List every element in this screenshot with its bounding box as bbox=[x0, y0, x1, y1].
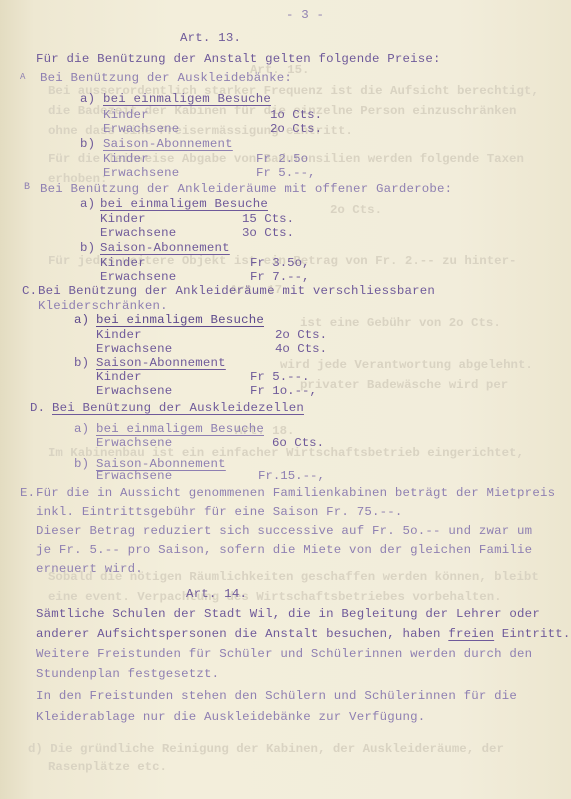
section-b-label: B bbox=[24, 182, 30, 193]
price-row-who: Kinder bbox=[100, 212, 146, 226]
family-cabins-line: je Fr. 5.-- pro Saison, sofern die Miete… bbox=[36, 543, 532, 557]
section-b-sub-a-title: bei einmaligem Besuche bbox=[100, 197, 268, 211]
price-row-price: 2o Cts. bbox=[275, 328, 327, 342]
price-row-price: Fr.15.--, bbox=[258, 469, 325, 483]
article-13-intro: Für die Benützung der Anstalt gelten fol… bbox=[36, 52, 441, 66]
section-c-sub-b-label: b) bbox=[74, 356, 89, 370]
price-row-who: Kinder bbox=[96, 370, 142, 384]
section-d-sub-b-label: b) bbox=[74, 457, 89, 471]
section-c-title-cont: Kleiderschränken. bbox=[38, 299, 168, 313]
section-c-title: Bei Benützung der Ankleideräume mit vers… bbox=[38, 284, 435, 298]
price-row-price: Fr 5.--. bbox=[250, 370, 310, 384]
section-c-sub-a-label: a) bbox=[74, 313, 89, 327]
article-14-line: Kleiderablage nur die Auskleidebänke zur… bbox=[36, 710, 425, 724]
section-d-label: D. bbox=[30, 401, 45, 415]
article-14-line: Weitere Freistunden für Schüler und Schü… bbox=[36, 647, 532, 661]
price-row-who: Erwachsene bbox=[96, 469, 172, 483]
price-row-price: 1o Cts. bbox=[270, 108, 322, 122]
price-row-price: Fr 5.--, bbox=[256, 166, 316, 180]
price-row-price: Fr 7.--, bbox=[250, 270, 310, 284]
article-14-line: In den Freistunden stehen den Schülern u… bbox=[36, 689, 517, 703]
price-row-price: Fr 3.5o, bbox=[250, 256, 310, 270]
price-row-price: 4o Cts. bbox=[275, 342, 327, 356]
article-14-line: anderer Aufsichtspersonen die Anstalt be… bbox=[36, 627, 571, 641]
family-cabins-label: E. bbox=[20, 486, 35, 500]
section-a-sub-b-label: b) bbox=[80, 137, 95, 151]
price-row-who: Erwachsene bbox=[103, 166, 179, 180]
free-entry-underlined: freien bbox=[448, 627, 494, 641]
price-row-price: Fr 1o.--, bbox=[250, 384, 317, 398]
family-cabins-line: Für die in Aussicht genommenen Familienk… bbox=[36, 486, 555, 500]
section-b-sub-a-label: a) bbox=[80, 197, 95, 211]
document-page: Art. 15. Bei ausserordentlich starker Fr… bbox=[0, 0, 571, 799]
price-row-who: Erwachsene bbox=[103, 122, 179, 136]
section-b-sub-b-title: Saison-Abonnement bbox=[100, 241, 230, 255]
price-row-who: Erwachsene bbox=[100, 270, 176, 284]
section-a-sub-a-label: a) bbox=[80, 92, 95, 106]
section-c-sub-b-title: Saison-Abonnement bbox=[96, 356, 226, 370]
section-d-sub-a-title: bei einmaligem Besuche bbox=[96, 422, 264, 436]
section-a-sub-b-title: Saison-Abonnement bbox=[103, 137, 233, 151]
price-row-who: Kinder bbox=[103, 108, 149, 122]
price-row-price: 2o Cts. bbox=[270, 122, 322, 136]
article-14-line: Stundenplan festgesetzt. bbox=[36, 667, 219, 681]
price-row-who: Erwachsene bbox=[100, 226, 176, 240]
price-row-price: 6o Cts. bbox=[272, 436, 324, 450]
price-row-price: Fr 2.5o bbox=[256, 152, 308, 166]
price-row-who: Kinder bbox=[100, 256, 146, 270]
price-row-who: Kinder bbox=[96, 328, 142, 342]
section-a-title: Bei Benützung der Auskleidebänke: bbox=[40, 71, 292, 85]
family-cabins-line: erneuert wird. bbox=[36, 562, 143, 576]
price-row-who: Erwachsene bbox=[96, 342, 172, 356]
article-13-heading: Art. 13. bbox=[180, 31, 241, 45]
section-a-label: A bbox=[20, 72, 26, 82]
price-row-who: Kinder bbox=[103, 152, 149, 166]
article-14-heading: Art. 14. bbox=[186, 587, 247, 601]
price-row-who: Erwachsene bbox=[96, 436, 172, 450]
section-b-sub-b-label: b) bbox=[80, 241, 95, 255]
family-cabins-line: inkl. Eintrittsgebühr für eine Saison Fr… bbox=[36, 505, 403, 519]
price-row-price: 15 Cts. bbox=[242, 212, 294, 226]
section-d-sub-a-label: a) bbox=[74, 422, 89, 436]
price-row-price: 3o Cts. bbox=[242, 226, 294, 240]
section-d-title: Bei Benützung der Auskleidezellen bbox=[52, 401, 304, 415]
section-a-sub-a-title: bei einmaligem Besuche bbox=[103, 92, 271, 106]
family-cabins-line: Dieser Betrag reduziert sich successive … bbox=[36, 524, 532, 538]
section-b-title: Bei Benützung der Ankleideräume mit offe… bbox=[40, 182, 452, 196]
page-number: - 3 - bbox=[286, 8, 324, 22]
section-c-label: C. bbox=[22, 284, 37, 298]
article-14-line: Sämtliche Schulen der Stadt Wil, die in … bbox=[36, 607, 540, 621]
price-row-who: Erwachsene bbox=[96, 384, 172, 398]
section-c-sub-a-title: bei einmaligem Besuche bbox=[96, 313, 264, 327]
